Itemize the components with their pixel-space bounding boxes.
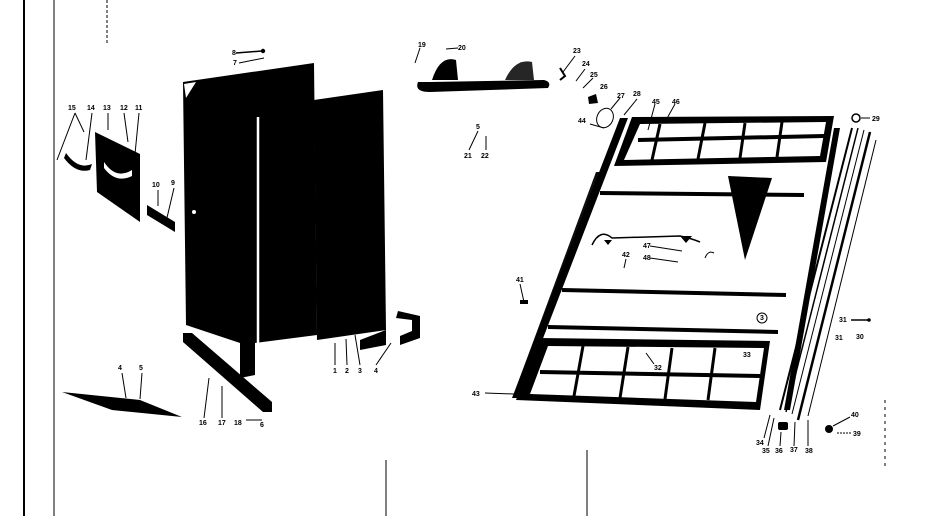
callout-46: 46 — [672, 99, 680, 106]
callout-24: 24 — [582, 61, 590, 68]
callout-23: 23 — [573, 48, 581, 55]
callout-12: 12 — [120, 105, 128, 112]
callout-39: 39 — [853, 431, 861, 438]
callout-25: 25 — [590, 72, 598, 79]
cabinet-assembly — [183, 63, 386, 378]
callout-8: 8 — [232, 50, 236, 57]
callout-30: 30 — [856, 334, 864, 341]
callout-36: 36 — [775, 448, 783, 455]
callout-3: 3 — [358, 368, 362, 375]
callout-10: 10 — [152, 182, 160, 189]
callout-29: 29 — [872, 116, 880, 123]
bottom-shelf: 32 33 43 — [472, 338, 770, 410]
callout-33: 33 — [743, 352, 751, 359]
callout-19: 19 — [418, 42, 426, 49]
callout-5b: 5 — [139, 365, 143, 372]
callout-43: 43 — [472, 391, 480, 398]
callout-2: 2 — [345, 368, 349, 375]
callout-4b: 4 — [118, 365, 122, 372]
gasket-strips: 29 31 30 31 34 35 36 37 38 40 39 — [756, 114, 880, 455]
callout-40: 40 — [851, 412, 859, 419]
callout-47: 47 — [643, 243, 651, 250]
parts-diagram: 8 7 15 14 13 12 11 10 9 16 17 18 6 — [0, 0, 944, 516]
callout-26: 26 — [600, 84, 608, 91]
top-grille: 19 20 5 21 22 23 24 25 26 27 28 44 — [415, 42, 641, 160]
callout-17: 17 — [218, 420, 226, 427]
callout-20: 20 — [458, 45, 466, 52]
callout-9: 9 — [171, 180, 175, 187]
callout-15: 15 — [68, 105, 76, 112]
callout-38: 38 — [805, 448, 813, 455]
callout-18: 18 — [234, 420, 242, 427]
callout-22: 22 — [481, 153, 489, 160]
callout-1: 1 — [333, 368, 337, 375]
callout-31: 31 — [839, 317, 847, 324]
top-shelf: 45 46 — [614, 99, 834, 166]
callout-6b: 6 — [260, 422, 264, 429]
callout-27: 27 — [617, 93, 625, 100]
callout-4: 4 — [374, 368, 378, 375]
callout-44: 44 — [578, 118, 586, 125]
door-liner: 45 46 47 48 42 3 41 — [472, 99, 840, 410]
callout-37: 37 — [790, 447, 798, 454]
callout-41: 41 — [516, 277, 524, 284]
callout-34: 34 — [756, 440, 764, 447]
callout-31b: 31 — [835, 335, 843, 342]
callout-16: 16 — [199, 420, 207, 427]
hinge-pins: 8 7 — [232, 49, 265, 67]
callout-32: 32 — [654, 365, 662, 372]
callout-45: 45 — [652, 99, 660, 106]
name-plate-group: 15 14 13 12 11 10 9 — [57, 105, 175, 232]
callout-28: 28 — [633, 91, 641, 98]
callout-7: 7 — [233, 60, 237, 67]
callout-48: 48 — [643, 255, 651, 262]
callout-35: 35 — [762, 448, 770, 455]
callout-3b: 3 — [760, 315, 764, 322]
callout-21: 21 — [464, 153, 472, 160]
callout-42: 42 — [622, 252, 630, 259]
callout-13: 13 — [103, 105, 111, 112]
callout-11: 11 — [135, 105, 143, 112]
base-sheet: 4 5 — [62, 365, 182, 417]
callout-14: 14 — [87, 105, 95, 112]
callout-5c: 5 — [476, 124, 480, 131]
